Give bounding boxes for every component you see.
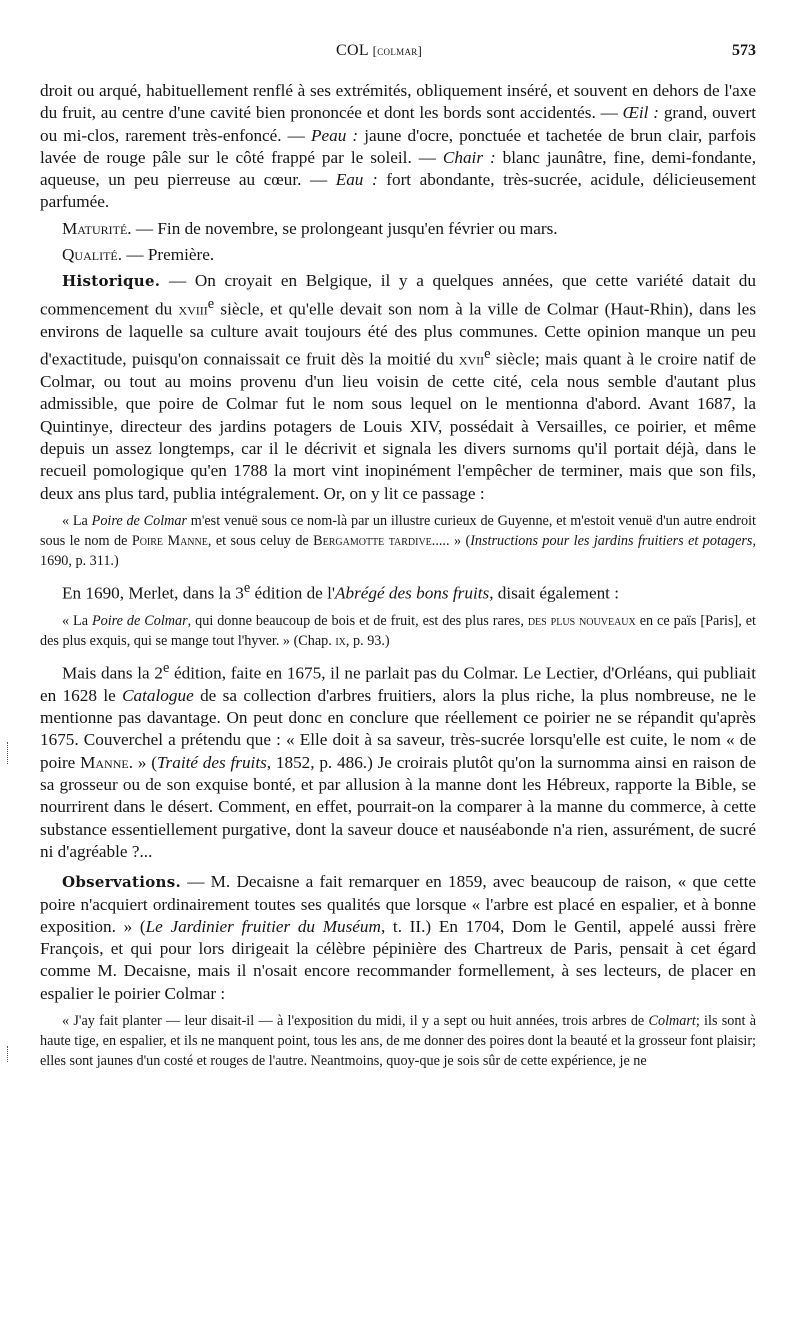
text: , et sous celuy de (208, 533, 313, 549)
paragraph-observations: Observations. — M. Decaisne a fait remar… (40, 871, 756, 1005)
text: — Première. (122, 245, 214, 264)
text: « J'ay fait planter — leur disait-il — à… (62, 1013, 649, 1029)
paragraph-mais: Mais dans la 2e édition, faite en 1675, … (40, 657, 756, 863)
smallcaps-text: Bergamotte tardive (313, 533, 432, 549)
italic-text: Poire de Colmar (92, 513, 187, 529)
text: , p. 93.) (346, 633, 390, 649)
quote-merlet: « La Poire de Colmar, qui donne beaucoup… (40, 611, 756, 651)
italic-text: Poire de Colmar (92, 613, 188, 629)
page-number: 573 (732, 42, 756, 60)
text: En 1690, Merlet, dans la 3 (62, 584, 244, 603)
running-title-main: COL (336, 42, 368, 59)
text: édition de l' (250, 584, 335, 603)
citation-title: Abrégé des bons fruits (335, 584, 489, 603)
century-numeral: xvii (459, 350, 484, 369)
smallcaps-text: des plus nouveaux (528, 613, 636, 629)
heading-observations: Observations. (62, 873, 181, 891)
smallcaps-text: Poire Manne (132, 533, 208, 549)
label-maturite: Maturité. (62, 219, 132, 238)
label-peau: Peau : (311, 126, 358, 145)
text: Mais dans la 2 (62, 664, 163, 683)
running-title: COL [colmar] (336, 42, 422, 60)
citation-title: Instructions pour les jardins fruitiers … (470, 533, 752, 549)
citation-title: Le Jardinier fruitier du Muséum (146, 917, 381, 936)
label-eau: Eau : (336, 170, 378, 189)
citation-title: Traité des fruits (157, 753, 267, 772)
quote-quintinye: « La Poire de Colmar m'est venuë sous ce… (40, 511, 756, 571)
paragraph-maturite: Maturité. — Fin de novembre, se prolonge… (40, 218, 756, 240)
quote-gentil: « J'ay fait planter — leur disait-il — à… (40, 1011, 756, 1071)
chapter-numeral: ix (335, 633, 346, 649)
margin-mark-top (7, 742, 8, 764)
text: « La (62, 513, 92, 529)
running-title-sub: [colmar] (373, 43, 423, 58)
century-numeral: xviii (178, 299, 207, 318)
label-qualite: Qualité. (62, 245, 122, 264)
text: « La (62, 613, 92, 629)
text: . » ( (129, 753, 157, 772)
citation-title: Catalogue (122, 686, 194, 705)
text: — Fin de novembre, se prolongeant jusqu'… (132, 219, 558, 238)
heading-historique: Historique. (62, 272, 160, 290)
running-header: COL [colmar] 573 (40, 42, 756, 64)
text: , disait également : (489, 584, 619, 603)
smallcaps-text: Manne (80, 753, 129, 772)
text: , qui donne beaucoup de bois et de fruit… (188, 613, 528, 629)
paragraph-qualite: Qualité. — Première. (40, 244, 756, 266)
italic-text: Colmart (649, 1013, 696, 1029)
text: siècle; mais quant à le croire natif de … (40, 350, 756, 503)
page-body: droit ou arqué, habituellement renflé à … (40, 80, 756, 1071)
label-chair: Chair : (443, 148, 496, 167)
text: ..... » ( (432, 533, 470, 549)
label-oeil: Œil : (623, 103, 659, 122)
paragraph-merlet: En 1690, Merlet, dans la 3e édition de l… (40, 577, 756, 605)
paragraph-description: droit ou arqué, habituellement renflé à … (40, 80, 756, 214)
paragraph-historique: Historique. — On croyait en Belgique, il… (40, 270, 756, 504)
margin-mark-bottom (7, 1046, 8, 1062)
